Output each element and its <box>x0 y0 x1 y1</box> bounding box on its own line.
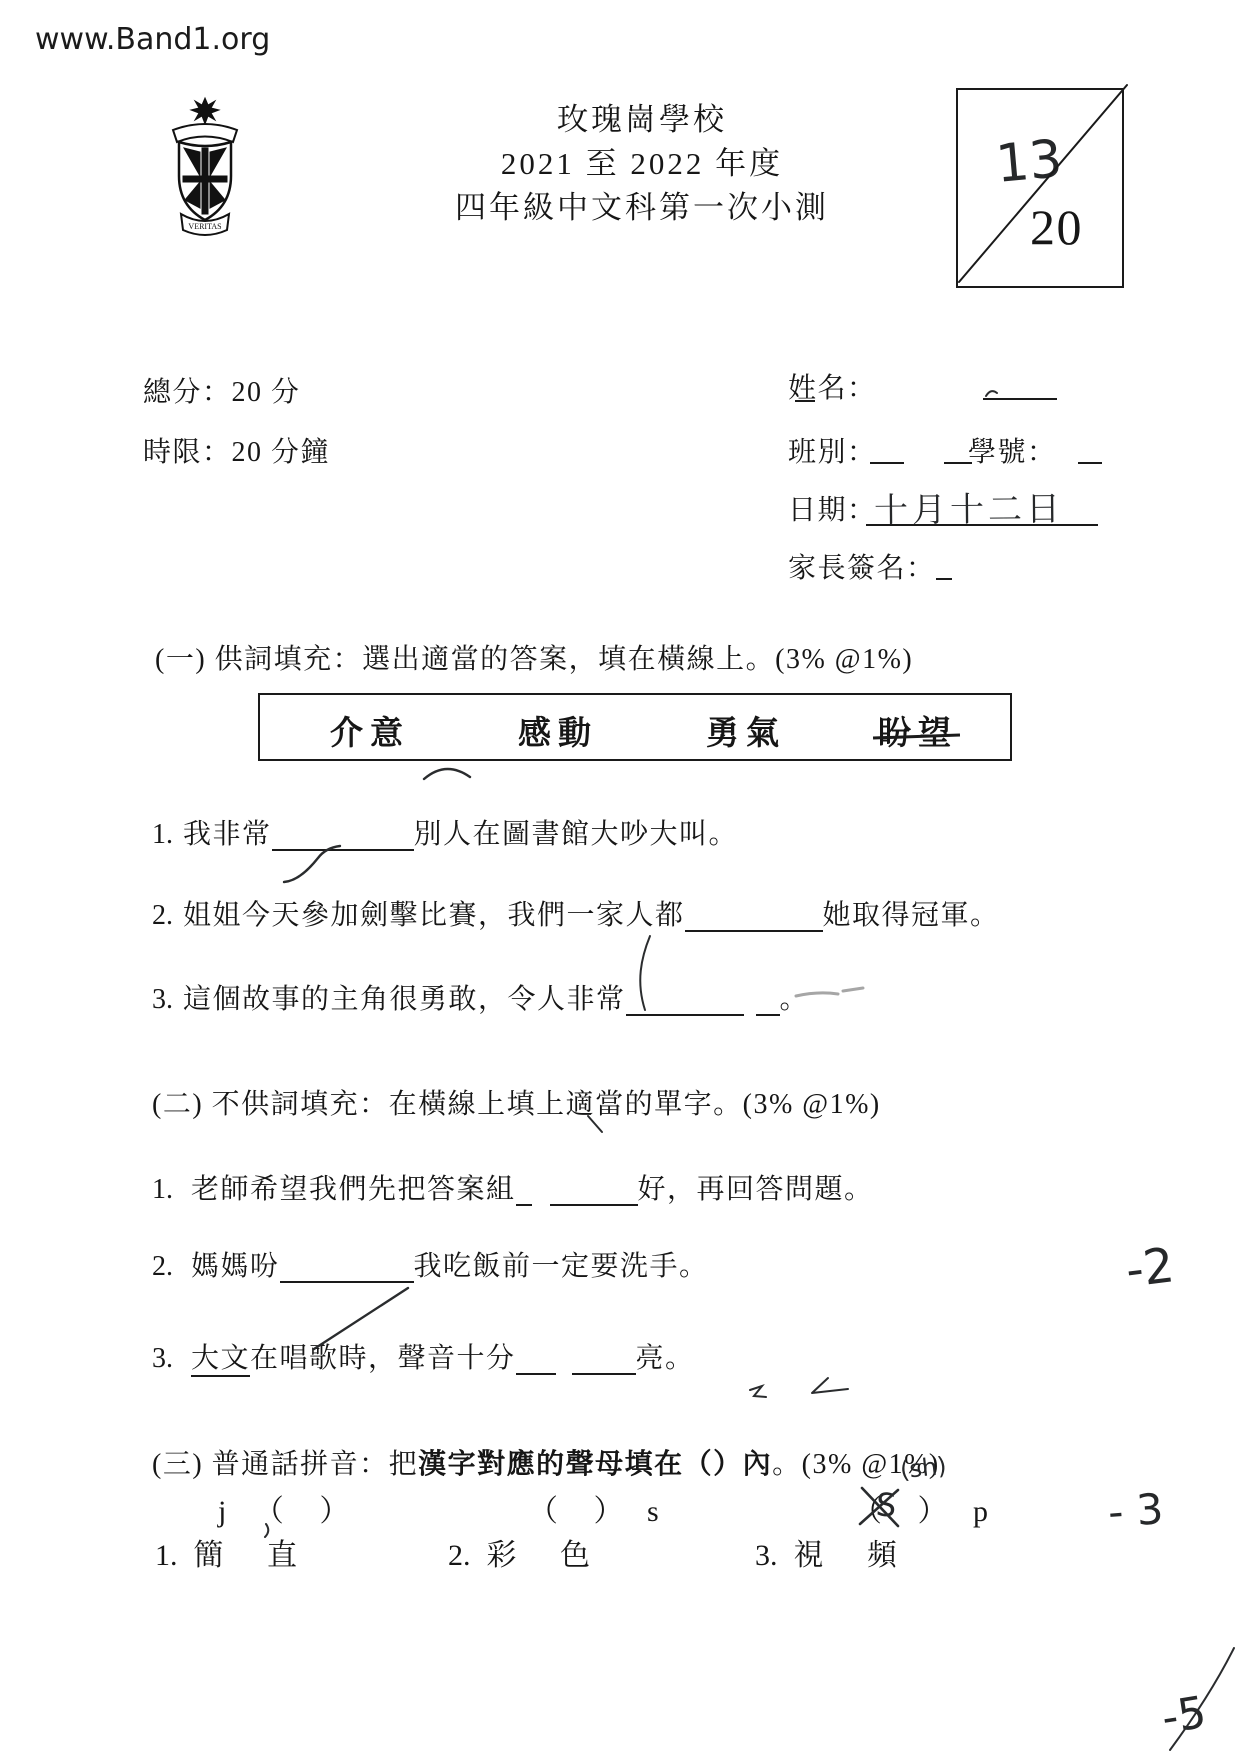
question-text-pre: 在唱歌時，聲音十分 <box>250 1343 516 1374</box>
question-text-pre: 我非常 <box>183 819 272 850</box>
heading-prefix: (三) 普通話拼音：把 <box>152 1449 418 1480</box>
question-text-pre: 姐姐今天參加劍擊比賽，我們一家人都 <box>183 900 685 931</box>
word-item-2: 2.彩色 <box>448 1530 592 1574</box>
word-item-1: 1.簡直 <box>155 1530 299 1574</box>
item-number: 1. <box>155 1539 178 1573</box>
word-bank-item-1: 介意 <box>330 707 410 754</box>
question-text-pre: 媽媽吩 <box>191 1251 280 1282</box>
word-item-3: 3.視頻 <box>755 1530 899 1574</box>
question-text-pre: 這個故事的主角很勇敢，令人非常 <box>183 984 626 1015</box>
handwritten-answer-s: S <box>875 1485 898 1524</box>
handwritten-deduction-2: -2 <box>1123 1237 1177 1298</box>
char-1: 視 <box>794 1539 826 1572</box>
fill-in-blank <box>280 1253 414 1283</box>
paren-close: ） <box>594 1495 626 1528</box>
exam-title: 四年級中文科第一次小測 <box>432 186 852 230</box>
question-text-post: 我吃飯前一定要洗手。 <box>414 1251 709 1282</box>
section2-question-1: 1.老師希望我們先把答案組好，再回答問題。 <box>152 1167 874 1207</box>
question-number: 2. <box>152 1251 173 1283</box>
pinyin-initial: p <box>973 1495 990 1528</box>
heading-bold: 漢字對應的聲母填在（）內 <box>418 1449 772 1480</box>
char-1: 簡 <box>194 1539 226 1572</box>
crest-star-icon <box>191 98 219 124</box>
char-2: 直 <box>267 1539 299 1572</box>
section2-question-3: 3.大文在唱歌時，聲音十分亮。 <box>152 1336 695 1376</box>
score-total: 20 <box>1030 198 1083 256</box>
section2-heading: (二) 不供詞填充：在橫線上填上適當的單字。(3% @1%) <box>152 1082 881 1122</box>
date-label: 日期： <box>788 488 877 528</box>
time-limit-label: 時限：20 分鐘 <box>143 430 330 470</box>
fill-in-blank <box>626 986 744 1016</box>
total-marks-label: 總分：20 分 <box>143 370 301 410</box>
crest-cross-vertical <box>202 148 208 214</box>
school-year: 2021 至 2022 年度 <box>432 142 852 186</box>
handwritten-correction-sh: (sh) <box>899 1452 948 1485</box>
question-number: 1. <box>152 819 173 851</box>
school-name: 玫瑰崗學校 <box>432 98 852 142</box>
squiggle-under-s2q3-blank <box>750 1386 766 1397</box>
handwritten-deduction-3: - 3 <box>1106 1484 1165 1537</box>
parent-signature-blank <box>936 578 952 580</box>
fill-in-blank <box>685 902 823 932</box>
question-number: 3. <box>152 984 173 1016</box>
section3-heading: (三) 普通話拼音：把漢字對應的聲母填在（）內。(3% @1%) <box>152 1442 940 1482</box>
section1-question-2: 2.姐姐今天參加劍擊比賽，我們一家人都她取得冠軍。 <box>152 893 1000 933</box>
pinyin-item-3: （）p <box>852 1486 990 1530</box>
class-label: 班別： <box>788 430 877 470</box>
underlined-name: 大文 <box>191 1343 250 1377</box>
section1-word-bank-box: 介意 感動 勇氣 盼望 <box>258 693 1012 761</box>
item-number: 2. <box>448 1539 471 1573</box>
crest-shield <box>179 142 231 220</box>
question-text-post: 。 <box>780 984 810 1015</box>
item-number: 3. <box>755 1539 778 1573</box>
pinyin-item-1: j（） <box>218 1486 351 1530</box>
fill-in-blank <box>550 1176 638 1206</box>
paren-open: （ <box>528 1495 560 1528</box>
paren-open: （ <box>254 1495 286 1528</box>
scanned-test-paper: www.Band1.org VERITAS 玫瑰崗學校 2021 至 2022 … <box>0 0 1240 1754</box>
paren-close: ） <box>319 1495 351 1528</box>
char-1: 彩 <box>487 1539 519 1572</box>
crest-cross-wedge-ne <box>210 148 226 176</box>
char-2: 頻 <box>867 1539 899 1572</box>
handwritten-score: 13 <box>994 129 1065 195</box>
word-bank-item-3: 勇氣 <box>706 707 786 754</box>
crest-banner-top <box>173 124 237 142</box>
check-curve-over-word-gandong <box>424 769 470 779</box>
fill-in-blank-short <box>516 1176 532 1206</box>
parent-signature-label: 家長簽名： <box>788 546 936 586</box>
header-title-block: 玫瑰崗學校 2021 至 2022 年度 四年級中文科第一次小測 <box>432 98 852 230</box>
crest-cross-horizontal <box>183 176 227 182</box>
pinyin-item-2: （）s <box>528 1486 660 1530</box>
section1-question-3: 3.這個故事的主角很勇敢，令人非常。 <box>152 977 809 1017</box>
watermark: www.Band1.org <box>35 22 270 57</box>
crest-cross-wedge-sw <box>185 182 200 208</box>
school-crest-logo: VERITAS <box>165 96 245 238</box>
question-text-post: 她取得冠軍。 <box>823 900 1000 931</box>
section2-question-2: 2.媽媽吩我吃飯前一定要洗手。 <box>152 1244 709 1284</box>
word-bank-item-4-struck: 盼望 <box>878 716 958 752</box>
question-number: 1. <box>152 1174 173 1206</box>
crest-motto: VERITAS <box>188 222 221 231</box>
arrow-under-s2q3-blank <box>812 1378 848 1393</box>
fill-in-blank-short <box>756 986 780 1016</box>
pinyin-initial: s <box>647 1495 660 1528</box>
handwritten-total-deduction: -5 <box>1158 1687 1209 1744</box>
question-text-post: 亮。 <box>636 1343 695 1374</box>
question-text-post: 好，再回答問題。 <box>638 1174 874 1205</box>
student-no-blank <box>1078 462 1102 464</box>
fill-in-blank <box>572 1345 636 1375</box>
tilde-on-name-line <box>986 391 997 396</box>
fill-in-blank-short <box>516 1345 556 1375</box>
question-number: 2. <box>152 900 173 932</box>
class-blank-1 <box>870 462 904 464</box>
crest-cross-wedge-nw <box>184 148 200 176</box>
crest-cross-wedge-se <box>210 182 225 208</box>
pinyin-initial: j <box>218 1495 228 1528</box>
name-blank-long <box>983 398 1057 400</box>
crest-banner-bottom <box>181 214 229 235</box>
section1-heading: (一) 供詞填充：選出適當的答案，填在橫線上。(3% @1%) <box>155 637 913 677</box>
fill-in-blank <box>272 821 414 851</box>
question-number: 3. <box>152 1343 173 1375</box>
student-no-label: 學號： <box>968 430 1057 470</box>
section1-question-1: 1.我非常別人在圖書館大吵大叫。 <box>152 812 738 852</box>
word-bank-item-2: 感動 <box>518 707 598 754</box>
question-text-post: 別人在圖書館大吵大叫。 <box>414 819 739 850</box>
handwritten-date: 十月十二日 <box>874 481 1064 532</box>
name-blank-short <box>795 400 815 402</box>
paren-close: ） <box>918 1495 950 1528</box>
question-text-pre: 老師希望我們先把答案組 <box>191 1174 516 1205</box>
char-2: 色 <box>560 1539 592 1572</box>
